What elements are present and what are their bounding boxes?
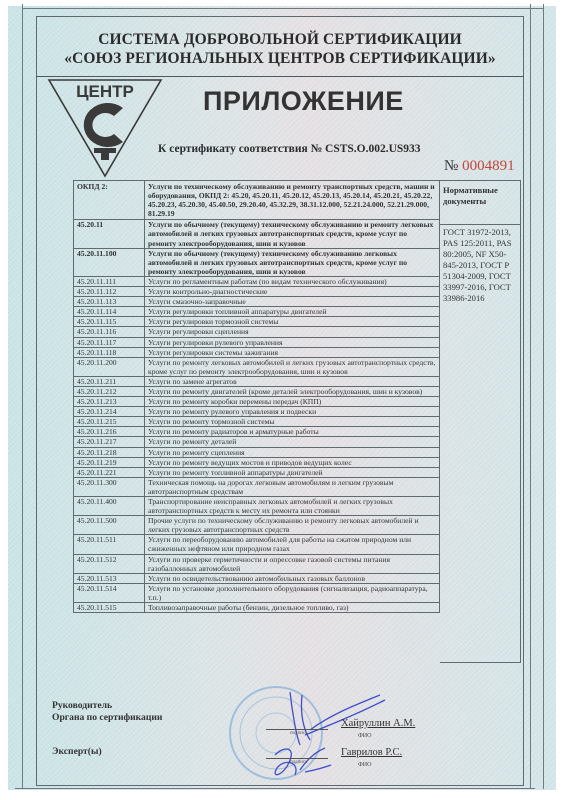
table-row: 45.20.11.117Услуги регулировки рулевого … (74, 337, 440, 347)
service-description: Услуги по ремонту двигателей (кроме дета… (145, 386, 440, 396)
serial-number-value: 0004891 (462, 158, 515, 174)
header-line-2: «СОЮЗ РЕГИОНАЛЬНЫХ ЦЕНТРОВ СЕРТИФИКАЦИИ» (36, 49, 524, 68)
service-description: Услуги по регламентным работам (по видам… (145, 276, 440, 286)
expert-signature-icon (265, 740, 335, 790)
number-sign: № (444, 158, 458, 174)
okpd-code: 45.20.11.113 (74, 297, 145, 307)
okpd-code: 45.20.11 (74, 220, 145, 248)
head-name: Хайруллин А.М. (341, 718, 415, 729)
okpd-code: 45.20.11.219 (74, 457, 145, 467)
border-line (22, 4, 23, 789)
expert-signature-caption: подпись (290, 760, 307, 765)
table-row: 45.20.11.214Услуги по ремонту рулевого у… (74, 407, 440, 417)
okpd-code: 45.20.11.212 (74, 386, 145, 396)
normative-documents-list: ГОСТ 31972-2013, PAS 125:2011, PAS 80:20… (440, 225, 520, 306)
service-description: Услуги по ремонту радиаторов и арматурны… (145, 427, 440, 437)
border-line (22, 8, 544, 9)
services-table: ОКПД 2: Услуги по техническому обслужива… (73, 180, 440, 613)
okpd-code: 45.20.11.514 (74, 583, 145, 602)
service-description: Услуги регулировки топливной аппаратуры … (145, 307, 440, 317)
okpd-description-header: Услуги по техническому обслуживанию и ре… (145, 181, 440, 220)
service-description: Услуги по переоборудованию автомобилей д… (145, 535, 440, 554)
header-divider (36, 76, 524, 77)
service-description: Услуги по обычному (текущему) техническо… (145, 220, 440, 248)
head-fio-caption: ФИО (358, 733, 371, 739)
table-row: 45.20.11.219Услуги по ремонту ведущих мо… (74, 457, 440, 467)
head-label-line-2: Органа по сертификации (52, 712, 162, 724)
service-description: Услуги регулировки тормозной системы (145, 317, 440, 327)
table-row: 45.20.11.511Услуги по переоборудованию а… (74, 535, 440, 554)
table-row: 45.20.11.114Услуги регулировки топливной… (74, 307, 440, 317)
svg-text:ЦЕНТР: ЦЕНТР (76, 82, 134, 101)
okpd-code: 45.20.11.300 (74, 477, 145, 496)
table-row: 45.20.11.118Услуги регулировки системы з… (74, 347, 440, 357)
page-title: ПРИЛОЖЕНИЕ (203, 86, 404, 117)
certification-system-header: СИСТЕМА ДОБРОВОЛЬНОЙ СЕРТИФИКАЦИИ «СОЮЗ … (36, 30, 524, 68)
table-row: 45.20.11.213Услуги по ремонту коробки пе… (74, 397, 440, 407)
service-description: Услуги по обычному (текущему) техническо… (145, 248, 440, 276)
expert-name: Гаврилов Р.С. (341, 747, 402, 758)
service-description: Услуги по ремонту деталей (145, 437, 440, 447)
okpd-code: 45.20.11.115 (74, 317, 145, 327)
table-row: 45.20.11.514Услуги по установке дополнит… (74, 583, 440, 602)
service-description: Прочие услуги по техническому обслуживан… (145, 516, 440, 535)
table-row: 45.20.11.217Услуги по ремонту деталей (74, 437, 440, 447)
table-row: 45.20.11.221Услуги по ремонту топливной … (74, 467, 440, 477)
service-description: Услуги контрольно-диагностические (145, 287, 440, 297)
service-description: Услуги регулировки рулевого управления (145, 337, 440, 347)
table-row: 45.20.11.112Услуги контрольно-диагностич… (74, 287, 440, 297)
expert-label: Эксперт(ы) (52, 746, 102, 758)
table-row: 45.20.11.113Услуги смазочно-заправочные (74, 297, 440, 307)
service-description: Услуги по ремонту тормозной системы (145, 417, 440, 427)
service-description: Услуги по ремонту сцепления (145, 447, 440, 457)
normative-documents-column: Нормативные документы ГОСТ 31972-2013, P… (440, 180, 521, 663)
service-description: Услуги по замене агрегатов (145, 376, 440, 386)
okpd-code: 45.20.11.112 (74, 287, 145, 297)
head-signature-caption: подпись (290, 731, 307, 736)
service-description: Услуги регулировки системы зажигания (145, 347, 440, 357)
table-row: 45.20.11.215Услуги по ремонту тормозной … (74, 417, 440, 427)
table-row: 45.20.11.100Услуги по обычному (текущему… (74, 248, 440, 276)
head-label-line-1: Руководитель (52, 700, 162, 712)
table-row: 45.20.11Услуги по обычному (текущему) те… (74, 220, 440, 248)
service-description: Услуги по ремонту рулевого управления и … (145, 407, 440, 417)
centr-s-logo-icon: ЦЕНТР (46, 78, 164, 178)
service-description: Услуги по ремонту коробки перемены перед… (145, 397, 440, 407)
okpd-code: 45.20.11.500 (74, 516, 145, 535)
okpd-code: 45.20.11.118 (74, 347, 145, 357)
okpd-code: 45.20.11.215 (74, 417, 145, 427)
okpd-code: 45.20.11.511 (74, 535, 145, 554)
expert-signature-line (266, 758, 328, 759)
okpd-code: 45.20.11.117 (74, 337, 145, 347)
okpd-header: ОКПД 2: (74, 181, 145, 220)
service-description: Услуги смазочно-заправочные (145, 297, 440, 307)
okpd-code: 45.20.11.214 (74, 407, 145, 417)
okpd-code: 45.20.11.515 (74, 603, 145, 613)
okpd-code: 45.20.11.114 (74, 307, 145, 317)
okpd-code: 45.20.11.216 (74, 427, 145, 437)
okpd-code: 45.20.11.217 (74, 437, 145, 447)
table-row: 45.20.11.216Услуги по ремонту радиаторов… (74, 427, 440, 437)
border-line (543, 4, 544, 789)
okpd-code: 45.20.11.221 (74, 467, 145, 477)
expert-fio-caption: ФИО (358, 762, 371, 768)
service-description: Транспортирование неисправных легковых а… (145, 497, 440, 516)
service-description: Услуги по ремонту легковых автомобилей и… (145, 357, 440, 376)
service-description: Услуги по установке дополнительного обор… (145, 583, 440, 602)
table-row: 45.20.11.116Услуги регулировки сцепления (74, 327, 440, 337)
okpd-code: 45.20.11.100 (74, 248, 145, 276)
header-line-1: СИСТЕМА ДОБРОВОЛЬНОЙ СЕРТИФИКАЦИИ (36, 30, 524, 49)
table-row: 45.20.11.111Услуги по регламентным работ… (74, 276, 440, 286)
serial-number: № 0004891 (444, 158, 515, 175)
head-signature-line (266, 729, 328, 730)
table-row: 45.20.11.212Услуги по ремонту двигателей… (74, 386, 440, 396)
okpd-code: 45.20.11.512 (74, 554, 145, 573)
service-description: Услуги по освидетельствованию автомобиль… (145, 573, 440, 583)
table-row: 45.20.11.400Транспортирование неисправны… (74, 497, 440, 516)
table-row: 45.20.11.513Услуги по освидетельствовани… (74, 573, 440, 583)
service-description: Техническая помощь на дорогах легковым а… (145, 477, 440, 496)
certificate-reference: К сертификату соответствия № CSTS.O.002.… (158, 143, 421, 155)
service-description: Услуги по проверке герметичности и опрес… (145, 554, 440, 573)
table-row: 45.20.11.200Услуги по ремонту легковых а… (74, 357, 440, 376)
okpd-code: 45.20.11.513 (74, 573, 145, 583)
okpd-code: 45.20.11.200 (74, 357, 145, 376)
table-row: 45.20.11.218Услуги по ремонту сцепления (74, 447, 440, 457)
table-header-row: ОКПД 2: Услуги по техническому обслужива… (74, 181, 440, 220)
table-row: 45.20.11.512Услуги по проверке герметичн… (74, 554, 440, 573)
service-description: Услуги регулировки сцепления (145, 327, 440, 337)
service-description: Услуги по ремонту топливной аппаратуры д… (145, 467, 440, 477)
table-row: 45.20.11.500Прочие услуги по техническом… (74, 516, 440, 535)
border-line (530, 4, 531, 789)
okpd-code: 45.20.11.111 (74, 276, 145, 286)
table-row: 45.20.11.515Топливозаправочные работы (б… (74, 603, 440, 613)
normative-documents-header: Нормативные документы (440, 181, 520, 225)
table-row: 45.20.11.115Услуги регулировки тормозной… (74, 317, 440, 327)
okpd-code: 45.20.11.400 (74, 497, 145, 516)
service-description: Услуги по ремонту ведущих мостов и приво… (145, 457, 440, 467)
okpd-code: 45.20.11.213 (74, 397, 145, 407)
head-of-body-label: Руководитель Органа по сертификации (52, 700, 162, 724)
table-row: 45.20.11.211Услуги по замене агрегатов (74, 376, 440, 386)
okpd-code: 45.20.11.116 (74, 327, 145, 337)
okpd-code: 45.20.11.218 (74, 447, 145, 457)
table-row: 45.20.11.300Техническая помощь на дорога… (74, 477, 440, 496)
service-description: Топливозаправочные работы (бензин, дизел… (145, 603, 440, 613)
okpd-code: 45.20.11.211 (74, 376, 145, 386)
